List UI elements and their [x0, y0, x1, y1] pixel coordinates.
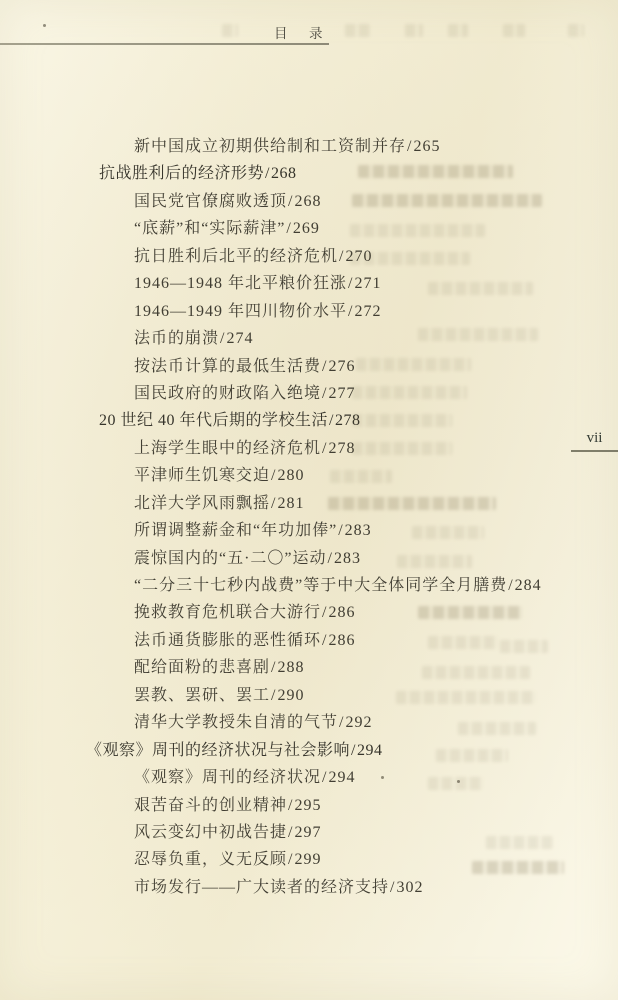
toc-entry-page: 271 [354, 275, 381, 292]
toc-entry-title: 忍辱负重，义无反顾 [134, 851, 287, 868]
toc-entry-separator: / [264, 165, 271, 182]
toc-entry-title: 国民党官僚腐败透顶 [134, 193, 287, 210]
toc-entry-page: 295 [294, 797, 321, 814]
toc-entry: 市场发行——广大读者的经济支持/302 [0, 874, 618, 901]
toc-entry: 新中国成立初期供给制和工资制并存/265 [0, 133, 618, 160]
ink-bleedthrough-smudge [396, 691, 536, 704]
toc-entry-page: 268 [271, 165, 297, 182]
toc-entry-title: 20 世纪 40 年代后期的学校生活 [99, 412, 328, 429]
ink-bleedthrough-smudge [428, 636, 498, 649]
paper-speck [457, 780, 460, 783]
toc-entry-title: 艰苦奋斗的创业精神 [134, 797, 287, 814]
toc-entry-separator: / [337, 522, 344, 539]
header-rule [0, 43, 329, 45]
toc-entry: 艰苦奋斗的创业精神/295 [0, 792, 618, 819]
toc-entry: 震惊国内的“五·二〇”运动/283 [0, 545, 618, 572]
toc-entry-page: 276 [328, 358, 355, 375]
toc-entry: 按法币计算的最低生活费/276 [0, 353, 618, 380]
ink-bleedthrough-smudge [412, 526, 484, 539]
ink-bleedthrough-smudge [350, 224, 485, 237]
toc-entry: 上海学生眼中的经济危机/278 [0, 435, 618, 462]
toc-entry-separator: / [327, 550, 334, 567]
toc-entry-separator: / [328, 412, 335, 429]
ink-bleedthrough-smudge [350, 252, 470, 265]
ink-bleedthrough-smudge [500, 640, 548, 653]
toc-entry-page: 283 [334, 550, 361, 567]
toc-entry-page: 290 [277, 687, 304, 704]
toc-entry-title: 上海学生眼中的经济危机 [134, 440, 321, 457]
toc-entry-title: 挽救教育危机联合大游行 [134, 604, 321, 621]
toc-entry: 国民政府的财政陷入绝境/277 [0, 380, 618, 407]
toc-entry-page: 294 [357, 742, 383, 759]
toc-entry-title: 《观察》周刊的经济状况与社会影响 [86, 742, 350, 759]
toc-entry-separator: / [507, 577, 514, 594]
toc-entry: “底薪”和“实际薪津”/269 [0, 215, 618, 242]
toc-entry-title: 罢教、罢研、罢工 [134, 687, 270, 704]
toc-entry: 抗战胜利后的经济形势/268 [0, 160, 618, 187]
toc-entry-title: “底薪”和“实际薪津” [134, 220, 285, 237]
toc-entry: 抗日胜利后北平的经济危机/270 [0, 243, 618, 270]
toc-entry-page: 283 [345, 522, 372, 539]
ink-bleedthrough-smudge [472, 861, 564, 874]
toc-entry-page: 297 [294, 824, 321, 841]
ink-bleedthrough-smudge [222, 24, 238, 37]
paper-speck [381, 776, 384, 779]
toc-entry-title: 抗日胜利后北平的经济危机 [134, 248, 338, 265]
toc-entry-title: 平津师生饥寒交迫 [134, 467, 270, 484]
toc-entry: 1946—1949 年四川物价水平/272 [0, 298, 618, 325]
toc-entry-page: 299 [294, 851, 321, 868]
toc-entry-page: 268 [294, 193, 321, 210]
ink-bleedthrough-smudge [486, 836, 554, 849]
ink-bleedthrough-smudge [397, 555, 472, 568]
ink-bleedthrough-smudge [568, 24, 584, 37]
toc-entry: 所谓调整薪金和“年功加俸”/283 [0, 517, 618, 544]
toc-entry-title: 国民政府的财政陷入绝境 [134, 385, 321, 402]
toc-entry-page: 274 [226, 330, 253, 347]
toc-entry: 北洋大学风雨飘摇/281 [0, 490, 618, 517]
toc-entry: “二分三十七秒内战费”等于中大全体同学全月膳费/284 [0, 572, 618, 599]
ink-bleedthrough-smudge [405, 24, 423, 37]
toc-entry-title: 1946—1948 年北平粮价狂涨 [134, 275, 347, 292]
book-page: 目 录 vii 新中国成立初期供给制和工资制并存/265抗战胜利后的经济形势/2… [0, 0, 618, 1000]
ink-bleedthrough-smudge [418, 328, 538, 341]
toc-entry-page: 286 [328, 632, 355, 649]
ink-bleedthrough-smudge [448, 24, 468, 37]
ink-bleedthrough-smudge [436, 749, 508, 762]
ink-bleedthrough-smudge [352, 442, 452, 455]
toc-entry-page: 292 [345, 714, 372, 731]
toc-entry-title: 1946—1949 年四川物价水平 [134, 303, 347, 320]
toc-list: 新中国成立初期供给制和工资制并存/265抗战胜利后的经济形势/268国民党官僚腐… [0, 133, 618, 901]
toc-entry: 20 世纪 40 年代后期的学校生活/278 [0, 407, 618, 434]
ink-bleedthrough-smudge [352, 386, 467, 399]
toc-entry: 《观察》周刊的经济状况与社会影响/294 [0, 737, 618, 764]
toc-entry-page: 265 [413, 138, 440, 155]
toc-entry-page: 269 [293, 220, 320, 237]
ink-bleedthrough-smudge [428, 282, 533, 295]
toc-entry-page: 294 [328, 769, 355, 786]
toc-entry-title: 《观察》周刊的经济状况 [134, 769, 321, 786]
toc-entry-page: 281 [277, 495, 304, 512]
toc-entry-title: 市场发行——广大读者的经济支持 [134, 879, 389, 896]
toc-entry-page: 272 [354, 303, 381, 320]
toc-entry-page: 280 [277, 467, 304, 484]
ink-bleedthrough-smudge [330, 470, 392, 483]
ink-bleedthrough-smudge [352, 194, 542, 207]
ink-bleedthrough-smudge [352, 414, 452, 427]
ink-bleedthrough-smudge [356, 358, 471, 371]
ink-bleedthrough-smudge [458, 722, 536, 735]
paper-speck [43, 24, 46, 27]
ink-bleedthrough-smudge [328, 497, 496, 510]
toc-entry-title: 所谓调整薪金和“年功加俸” [134, 522, 337, 539]
toc-entry-title: 震惊国内的“五·二〇”运动 [134, 550, 327, 567]
toc-entry-page: 286 [328, 604, 355, 621]
toc-entry-title: “二分三十七秒内战费”等于中大全体同学全月膳费 [134, 577, 507, 594]
ink-bleedthrough-smudge [422, 666, 530, 679]
toc-entry: 挽救教育危机联合大游行/286 [0, 599, 618, 626]
ink-bleedthrough-smudge [345, 24, 371, 37]
toc-entry-title: 清华大学教授朱自清的气节 [134, 714, 338, 731]
toc-entry-title: 抗战胜利后的经济形势 [99, 165, 264, 182]
toc-entry-title: 新中国成立初期供给制和工资制并存 [134, 138, 406, 155]
toc-entry-separator: / [285, 220, 292, 237]
toc-entry-page: 288 [277, 659, 304, 676]
ink-bleedthrough-smudge [358, 165, 513, 178]
toc-entry-title: 法币通货膨胀的恶性循环 [134, 632, 321, 649]
toc-entry-title: 风云变幻中初战告捷 [134, 824, 287, 841]
toc-entry-title: 法币的崩溃 [134, 330, 219, 347]
toc-entry-separator: / [350, 742, 357, 759]
ink-bleedthrough-smudge [418, 606, 523, 619]
toc-entry-page: 302 [396, 879, 423, 896]
toc-entry: 《观察》周刊的经济状况/294 [0, 764, 618, 791]
toc-entry-page: 284 [515, 577, 542, 594]
running-header-title: 目 录 [274, 22, 327, 42]
toc-entry: 平津师生饥寒交迫/280 [0, 462, 618, 489]
toc-entry-title: 北洋大学风雨飘摇 [134, 495, 270, 512]
toc-entry-title: 按法币计算的最低生活费 [134, 358, 321, 375]
toc-entry-title: 配给面粉的悲喜剧 [134, 659, 270, 676]
ink-bleedthrough-smudge [503, 24, 525, 37]
ink-bleedthrough-smudge [428, 777, 483, 790]
